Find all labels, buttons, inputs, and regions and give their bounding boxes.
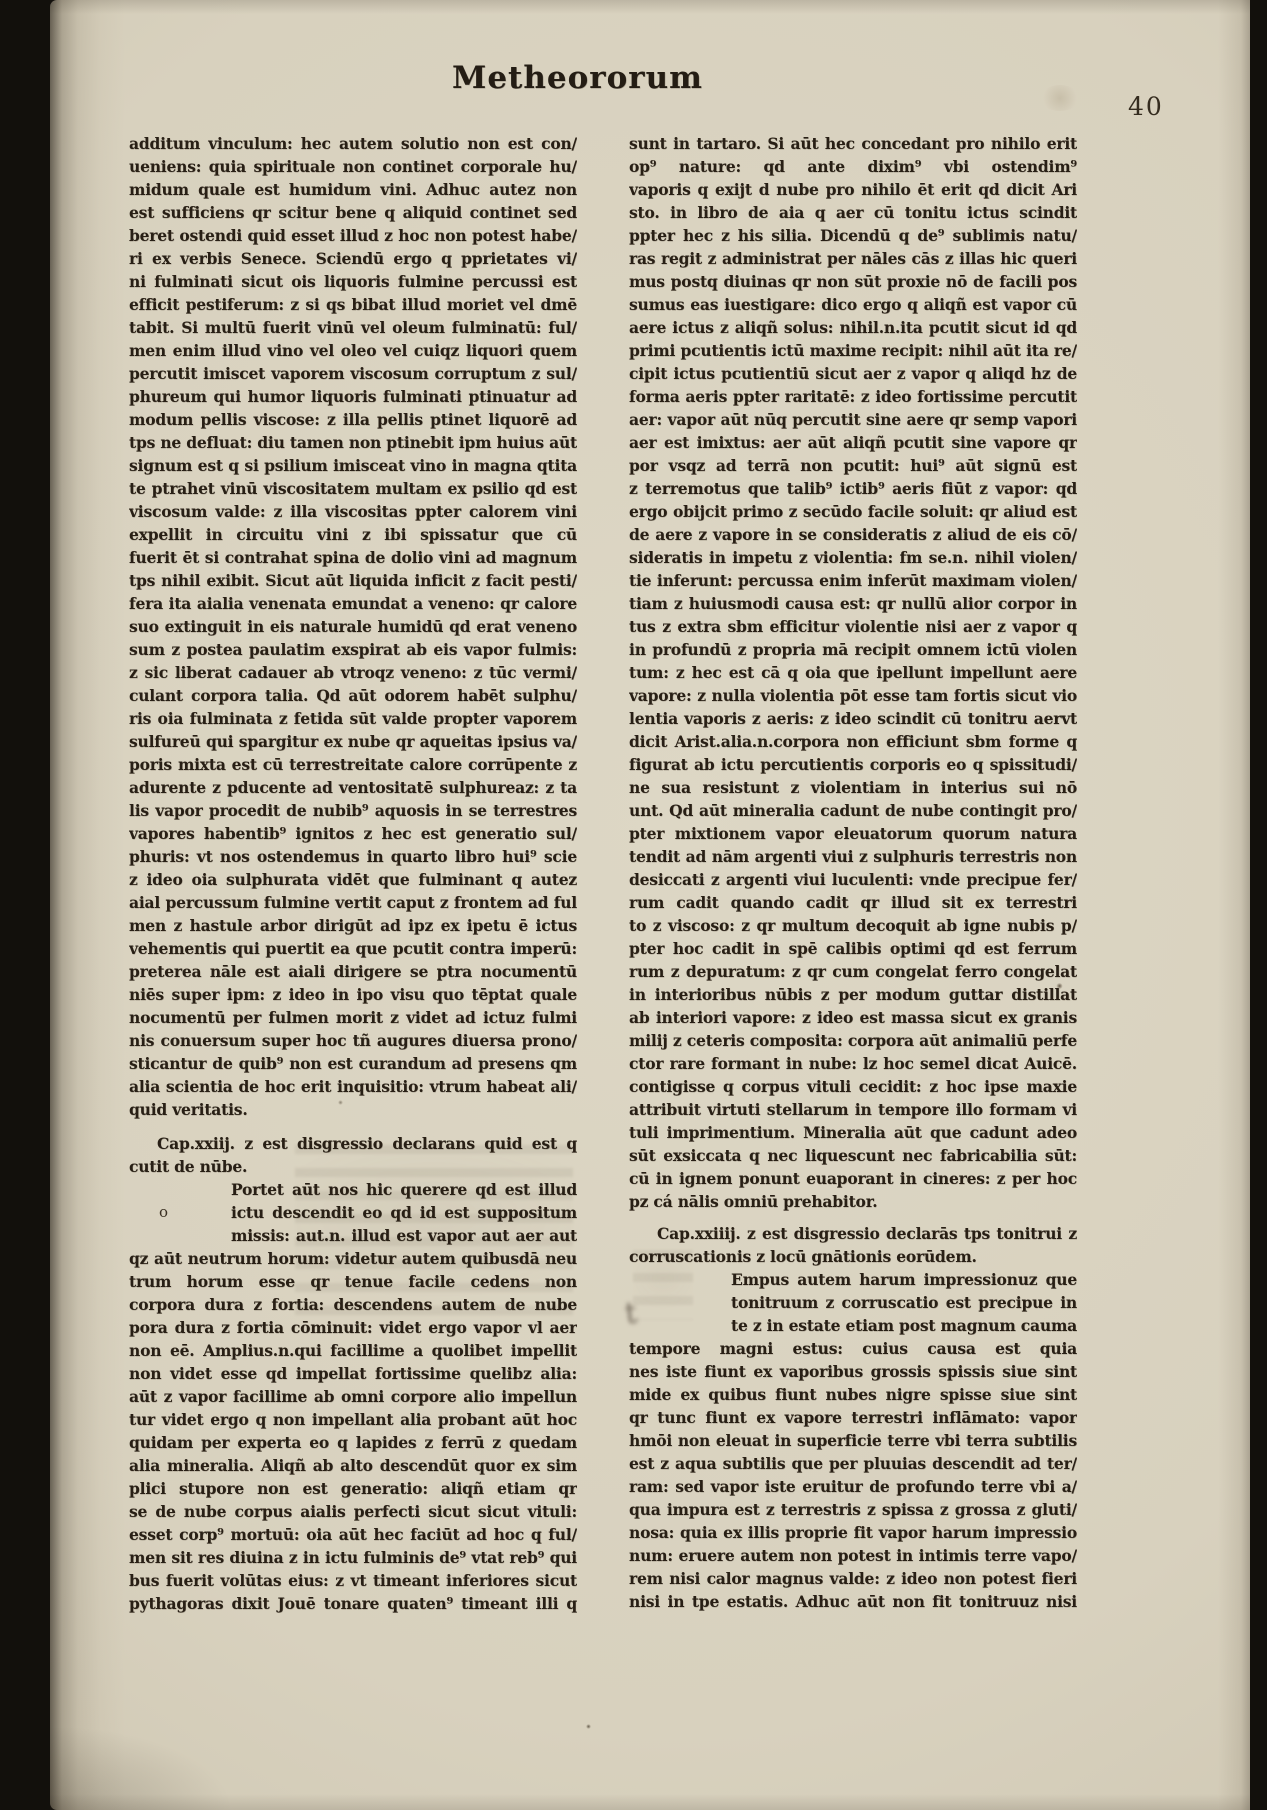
text-line: mus postq diuinas qr non sūt proxie nō d… <box>629 270 1077 293</box>
text-line: aial percussum fulmine vertit caput z fr… <box>129 891 577 914</box>
text-line: nocumentū per fulmen morit z videt ad ic… <box>129 1006 577 1029</box>
text-line: ab interiori vapore: z ideo est massa si… <box>629 1006 1077 1029</box>
text-line: aūt z vapor facillime ab omni corpore al… <box>129 1385 577 1408</box>
text-line: pter hoc cadit in spē calibis optimi qd … <box>629 937 1077 960</box>
book-page-scan: Metheororum 40 additum vinculum: hec aut… <box>0 0 1267 1810</box>
text-line: figurat ab ictu percutientis corporis eo… <box>629 753 1077 776</box>
text-line: nes iste fiunt ex vaporibus grossis spis… <box>629 1360 1077 1383</box>
text-line: hmōi non eleuat in superficie terre vbi … <box>629 1429 1077 1452</box>
text-line: op⁹ nature: qd ante dixim⁹ vbi ostendim⁹… <box>629 155 1077 178</box>
text-line: sto. in libro de aia q aer cū tonitu ict… <box>629 201 1077 224</box>
left-column: additum vinculum: hec autem solutio non … <box>129 132 577 1615</box>
text-line: qua impura est z terrestris z spissa z g… <box>629 1498 1077 1521</box>
text-line: men sit res diuina z in ictu fulminis de… <box>129 1546 577 1569</box>
chapter-heading: Cap.xxiiij. z est disgressio declarās tp… <box>629 1222 1077 1268</box>
text-line: pythagoras dixit Jouē tonare quaten⁹ tim… <box>129 1592 577 1615</box>
text-line: signum est q si psilium imisceat vino in… <box>129 454 577 477</box>
text-line: preterea nāle est aiali dirigere se ptra… <box>129 960 577 983</box>
text-line: tus z extra sbm efficitur violentie nisi… <box>629 615 1077 638</box>
text-line: tps ne defluat: diu tamen non ptinebit i… <box>129 431 577 454</box>
text-line: alia mineralia. Aliqñ ab alto descendūt … <box>129 1454 577 1477</box>
text-line: corruscationis z locū gnātionis eorūdem. <box>629 1245 1077 1268</box>
text-line: ri ex verbis Senece. Sciendū ergo q ppri… <box>129 247 577 270</box>
text-line: milij z ceteris composita: corpora aūt a… <box>629 1029 1077 1052</box>
text-line: est sufficiens qr scitur bene q aliquid … <box>129 201 577 224</box>
text-line: ras regit z administrat per nāles cās z … <box>629 247 1077 270</box>
paper-stain <box>1040 85 1080 111</box>
text-line: suo extinguit in eis naturale humidū qd … <box>129 615 577 638</box>
text-line: quidam per experta eo q lapides z ferrū … <box>129 1431 577 1454</box>
text-line: esset corp⁹ mortuū: oia aūt hec faciūt a… <box>129 1523 577 1546</box>
text-line: adurente z pducente ad ventositatē sulph… <box>129 776 577 799</box>
text-line: primi pcutientis ictū maxime recipit: ni… <box>629 339 1077 362</box>
text-line: sum z postea paulatim exspirat ab eis va… <box>129 638 577 661</box>
text-line: qz aūt neutrum horum: videtur autem quib… <box>129 1247 577 1270</box>
text-line: ram: sed vapor iste eruitur de profundo … <box>629 1475 1077 1498</box>
text-line: por vsqz ad terrā non pcutit: hui⁹ aūt s… <box>629 454 1077 477</box>
folio-number: 40 <box>1128 92 1164 121</box>
text-line: num: eruere autem non potest in intimis … <box>629 1544 1077 1567</box>
text-line: rem nisi calor magnus valde: z ideo non … <box>629 1567 1077 1590</box>
text-line: pz cá nālis omniū prehabitor. <box>629 1190 1077 1213</box>
text-line: tur videt ergo q non impellant alia prob… <box>129 1408 577 1431</box>
text-line: te ptrahet vinū viscositatem multam ex p… <box>129 477 577 500</box>
text-line: alia scientia de hoc erit inquisitio: vt… <box>129 1075 577 1098</box>
text-line: men enim illud vino vel oleo vel cuiqz l… <box>129 339 577 362</box>
text-line: pter mixtionem vapor eleuatorum quorum n… <box>629 822 1077 845</box>
text-line: phuris: vt nos ostendemus in quarto libr… <box>129 845 577 868</box>
text-line: sūt exsiccata q nec liquescunt nec fabri… <box>629 1144 1077 1167</box>
text-line: nosa: quia ex illis proprie fit vapor ha… <box>629 1521 1077 1544</box>
text-line: tum: z hec est cā q oia que ipellunt imp… <box>629 661 1077 684</box>
text-line: culant corpora talia. Qd aūt odorem habē… <box>129 684 577 707</box>
text-line: z sic liberat cadauer ab vtroqz veneno: … <box>129 661 577 684</box>
text-line: z terremotus que talib⁹ ictib⁹ aeris fiū… <box>629 477 1077 500</box>
page-gutter-shadow <box>50 1690 310 1810</box>
chapter-paragraph: o Portet aūt nos hic querere qd est illu… <box>129 1178 577 1615</box>
text-line: phureum qui humor liquoris fulminati pti… <box>129 385 577 408</box>
text-line: Cap.xxiij. z est disgressio declarans qu… <box>129 1132 577 1155</box>
text-line: beret ostendi quid esset illud z hoc non… <box>129 224 577 247</box>
text-line: bus fuerit volūtas eius: z vt timeant in… <box>129 1569 577 1592</box>
text-line: contigisse q corpus vituli cecidit: z ho… <box>629 1075 1077 1098</box>
text-line: midum quale est humidum vini. Adhuc aute… <box>129 178 577 201</box>
text-line: tuli imprimentium. Mineralia aūt que cad… <box>629 1121 1077 1144</box>
text-line: ueniens: quia spirituale non continet co… <box>129 155 577 178</box>
text-line: forma aeris ppter raritatē: z ideo forti… <box>629 385 1077 408</box>
text-line: cū in ignem ponunt euaporant in cineres:… <box>629 1167 1077 1190</box>
text-line: sunt in tartaro. Si aūt hec concedant pr… <box>629 132 1077 155</box>
text-line: aere ictus z aliqñ solus: nihil.n.ita pc… <box>629 316 1077 339</box>
text-line: fuerit ēt si contrahat spina de dolio vi… <box>129 546 577 569</box>
text-line: tabit. Si multū fuerit vinū vel oleum fu… <box>129 316 577 339</box>
text-line: ppter hec z his silia. Dicendū q de⁹ sub… <box>629 224 1077 247</box>
text-line: ictu descendit eo qd id est suppositum i… <box>129 1201 577 1224</box>
text-line: tendit ad nām argenti viui z sulphuris t… <box>629 845 1077 868</box>
text-line: Cap.xxiiij. z est disgressio declarās tp… <box>629 1222 1077 1245</box>
text-line: percutit imiscet vaporem viscosum corrup… <box>129 362 577 385</box>
text-line: ris oia fulminata z fetida sūt valde pro… <box>129 707 577 730</box>
text-line: unt. Qd aūt mineralia cadunt de nube con… <box>629 799 1077 822</box>
text-line: fera ita aialia venenata emundat a venen… <box>129 592 577 615</box>
text-line: se de nube corpus aialis perfecti sicut … <box>129 1500 577 1523</box>
text-line: pora dura z fortia cōminuit: videt ergo … <box>129 1316 577 1339</box>
text-line: poris mixta est cū terrestreitate calore… <box>129 753 577 776</box>
text-line: nis conuersum super hoc tñ augures diuer… <box>129 1029 577 1052</box>
text-line: ergo obijcit primo z secūdo facile solui… <box>629 500 1077 523</box>
text-line: tie inferunt: percussa enim inferūt maxi… <box>629 569 1077 592</box>
ink-stain <box>586 1724 591 1729</box>
text-line: non eē. Amplius.n.qui facillime a quolib… <box>129 1339 577 1362</box>
text-line: ne sua resistunt z violentiam in interiu… <box>629 776 1077 799</box>
text-line: Portet aūt nos hic querere qd est illud … <box>129 1178 577 1201</box>
text-line: attribuit virtuti stellarum in tempore i… <box>629 1098 1077 1121</box>
guide-letter: o <box>159 1203 168 1221</box>
text-line: in interioribus nūbis z per modum guttar… <box>629 983 1077 1006</box>
text-line: plici stupore non est generatio: aliqñ e… <box>129 1477 577 1500</box>
text-line: lentia vaporis z aeris: z ideo scindit c… <box>629 707 1077 730</box>
text-line: cutit de nūbe. <box>129 1155 577 1178</box>
text-line: de aere z vapore in se consideratis z al… <box>629 523 1077 546</box>
text-line: cipit ictus pcutientiū sicut aer z vapor… <box>629 362 1077 385</box>
text-line: vapore: z nulla violentia pōt esse tam f… <box>629 684 1077 707</box>
text-line: rum cadit quando cadit qr illud sit ex t… <box>629 891 1077 914</box>
text-line: viscosum valde: z illa viscositas ppter … <box>129 500 577 523</box>
text-line: efficit pestiferum: z si qs bibat illud … <box>129 293 577 316</box>
text-line: dicit Arist.alia.n.corpora non efficiunt… <box>629 730 1077 753</box>
text-line: desiccati z argenti viui luculenti: vnde… <box>629 868 1077 891</box>
text-line: quid veritatis. <box>129 1098 577 1121</box>
text-line: te z in estate etiam post magnum cauma z <box>629 1314 1077 1337</box>
text-line: rum z depuratum: z qr cum congelat ferro… <box>629 960 1077 983</box>
text-line: sulfureū qui spargitur ex nube qr aqueit… <box>129 730 577 753</box>
text-line: tps nihil exibit. Sicut aūt liquida infi… <box>129 569 577 592</box>
text-line: mide ex quibus fiunt nubes nigre spisse … <box>629 1383 1077 1406</box>
running-title: Metheororum <box>452 60 703 96</box>
text-line: in profundū z propria mā recipit omnem i… <box>629 638 1077 661</box>
text-line: niēs super ipm: z ideo in ipo visu quo t… <box>129 983 577 1006</box>
text-line: Empus autem harum impressionuz que sūt <box>629 1268 1077 1291</box>
text-line: missis: aut.n. illud est vapor aut aer a… <box>129 1224 577 1247</box>
text-line: sideratis in impetu z violentia: fm se.n… <box>629 546 1077 569</box>
text-line: aer: vapor aūt nūq percutit sine aere qr… <box>629 408 1077 431</box>
text-line: sticantur de quib⁹ non est curandum ad p… <box>129 1052 577 1075</box>
chapter-heading: Cap.xxiij. z est disgressio declarans qu… <box>129 1132 577 1178</box>
text-line: qr tunc fiunt ex vapore terrestri inflām… <box>629 1406 1077 1429</box>
text-line: est z aqua subtilis que per pluuias desc… <box>629 1452 1077 1475</box>
text-line: tiam z huiusmodi causa est: qr nullū ali… <box>629 592 1077 615</box>
text-line: non videt esse qd impellat fortissime qu… <box>129 1362 577 1385</box>
text-line: additum vinculum: hec autem solutio non … <box>129 132 577 155</box>
chapter-paragraph: t Empus autem harum impressionuz que sūt… <box>629 1268 1077 1613</box>
text-line: trum horum esse qr tenue facile cedens n… <box>129 1270 577 1293</box>
text-line: nisi in tpe estatis. Adhuc aūt non fit t… <box>629 1590 1077 1613</box>
text-line: ni fulminati sicut ois liquoris fulmine … <box>129 270 577 293</box>
text-line: to z viscoso: z qr multum decoquit ab ig… <box>629 914 1077 937</box>
text-block: sunt in tartaro. Si aūt hec concedant pr… <box>629 132 1077 1213</box>
right-column: sunt in tartaro. Si aūt hec concedant pr… <box>629 132 1077 1613</box>
text-line: z ideo oia sulphurata vidēt que fulminan… <box>129 868 577 891</box>
text-line: sumus eas iuestigare: dico ergo q aliqñ … <box>629 293 1077 316</box>
text-block: additum vinculum: hec autem solutio non … <box>129 132 577 1121</box>
text-line: men z hastule arbor dirigūt ad ipz ex ip… <box>129 914 577 937</box>
text-line: vehementis qui puertit ea que pcutit con… <box>129 937 577 960</box>
text-line: ctor rare formant in nube: lz hoc semel … <box>629 1052 1077 1075</box>
text-line: modum pellis viscose: z illa pellis ptin… <box>129 408 577 431</box>
text-line: vaporis q exijt d nube pro nihilo ēt eri… <box>629 178 1077 201</box>
text-line: vapores habentib⁹ ignitos z hec est gene… <box>129 822 577 845</box>
text-line: corpora dura z fortia: descendens autem … <box>129 1293 577 1316</box>
text-line: tempore magni estus: cuius causa est qui… <box>629 1337 1077 1360</box>
text-line: tonitruum z corruscatio est precipue in … <box>629 1291 1077 1314</box>
text-line: aer est imixtus: aer aūt aliqñ pcutit si… <box>629 431 1077 454</box>
text-line: expellit in circuitu vini z ibi spissatu… <box>129 523 577 546</box>
text-line: lis vapor procedit de nubib⁹ aquosis in … <box>129 799 577 822</box>
